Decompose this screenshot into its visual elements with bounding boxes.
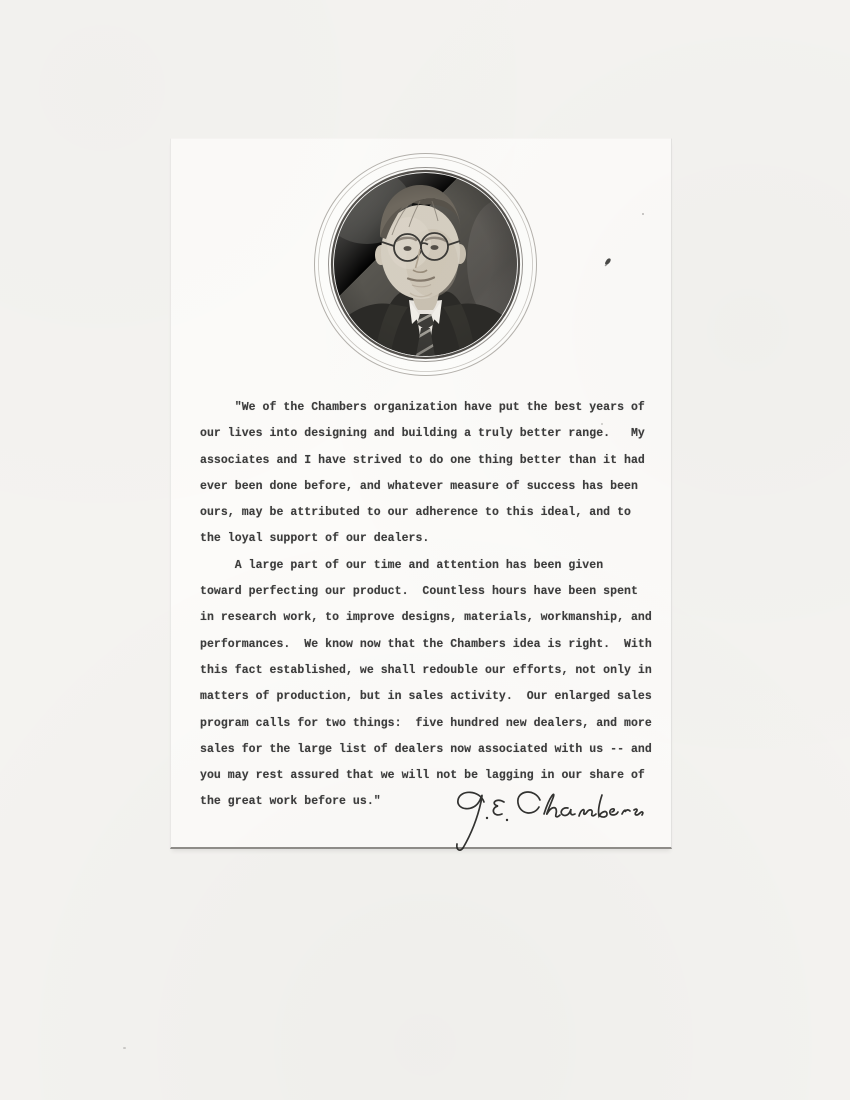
letter-line: in research work, to improve designs, ma… — [200, 605, 660, 631]
letter-line: this fact established, we shall redouble… — [200, 658, 660, 684]
letter-line: ever been done before, and whatever meas… — [200, 474, 660, 500]
scan-speck — [642, 213, 644, 215]
letter-body: "We of the Chambers organization have pu… — [200, 395, 660, 816]
letter-line: "We of the Chambers organization have pu… — [200, 395, 660, 421]
letter-line: matters of production, but in sales acti… — [200, 684, 660, 710]
letter-line: toward perfecting our product. Countless… — [200, 579, 660, 605]
letter-line: performances. We know now that the Chamb… — [200, 632, 660, 658]
letter-line: our lives into designing and building a … — [200, 421, 660, 447]
scan-speck — [123, 1047, 126, 1049]
letter-line: A large part of our time and attention h… — [200, 553, 660, 579]
letter-line: program calls for two things: five hundr… — [200, 711, 660, 737]
scan-speck — [601, 423, 603, 425]
portrait-photo — [312, 151, 539, 378]
signature-j-e-chambers — [448, 786, 648, 856]
letter-line: ours, may be attributed to our adherence… — [200, 500, 660, 526]
letter-line: associates and I have strived to do one … — [200, 448, 660, 474]
letter-line: the loyal support of our dealers. — [200, 526, 660, 552]
letter-line: sales for the large list of dealers now … — [200, 737, 660, 763]
scanned-letter-page: "We of the Chambers organization have pu… — [0, 0, 850, 1100]
